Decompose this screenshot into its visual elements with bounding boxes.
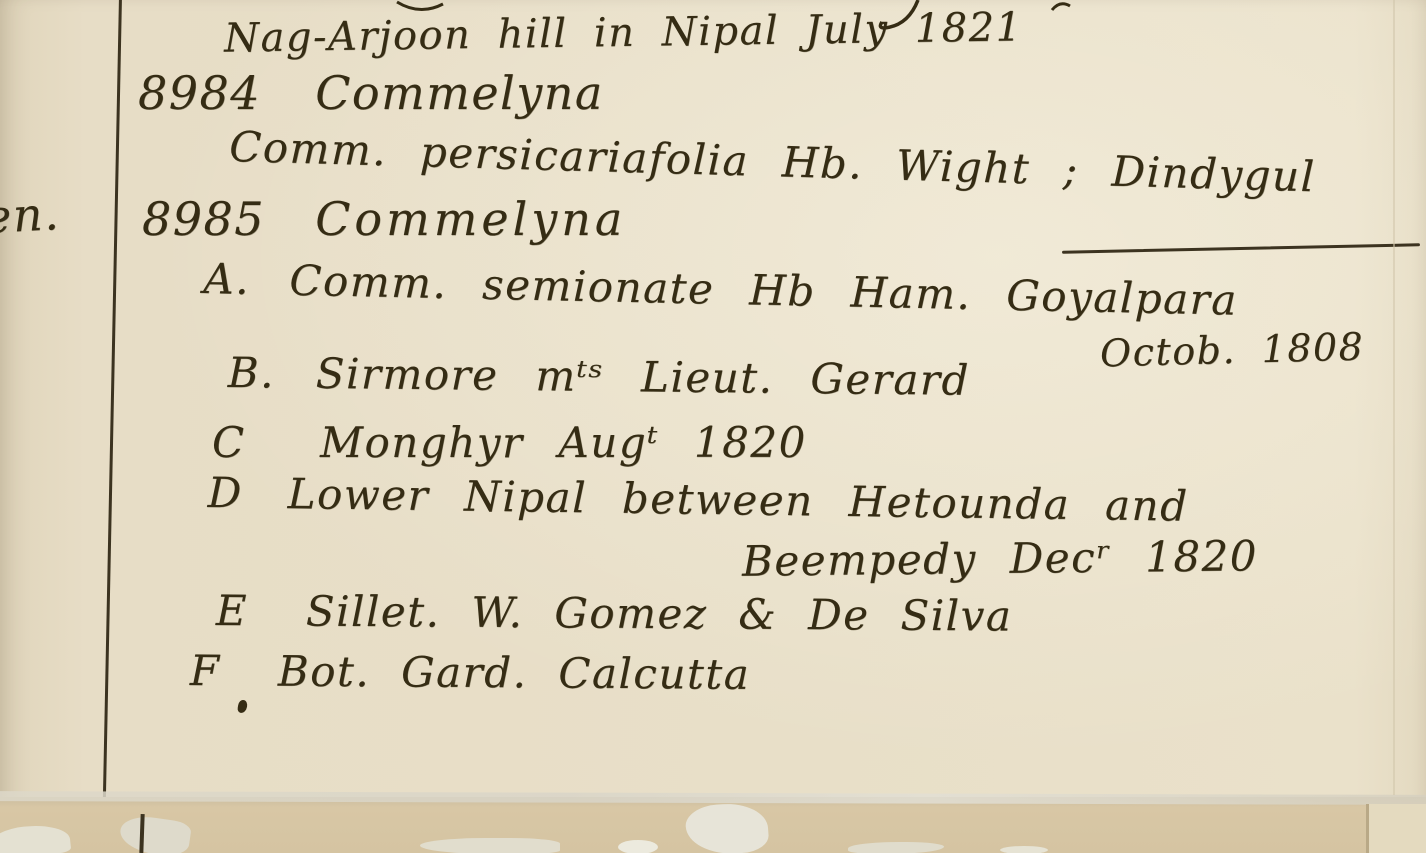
specimen-line-c: CMonghyr Augᵗ 1820 <box>212 418 807 467</box>
specimen-text: Sillet. W. Gomez & De Silva <box>306 587 1013 641</box>
specimen-text: Comm. semionate Hb Ham. Goyalpara <box>289 256 1238 325</box>
specimen-letter: F <box>190 646 278 696</box>
specimen-letter: B. <box>227 348 316 398</box>
ink-dot <box>237 699 248 713</box>
specimen-text: Monghyr Augᵗ 1820 <box>320 418 807 467</box>
specimen-text: Lower Nipal between Hetounda and <box>287 469 1189 531</box>
margin-rule-line <box>103 0 122 802</box>
specimen-text: Sirmore mᵗˢ Lieut. Gerard <box>315 349 970 405</box>
entry-number-and-genus: 8984 Commelyna <box>138 66 604 120</box>
torn-patch <box>848 842 944 853</box>
entry-genus: Commelyna <box>315 66 604 120</box>
lower-sheet-edge <box>1366 804 1426 853</box>
entry-number: 8984 <box>138 66 261 120</box>
entry-genus: Commelyna <box>315 192 626 246</box>
specimen-letter: A. <box>203 254 290 305</box>
page-crease <box>1393 0 1395 795</box>
specimen-line-d: DLower Nipal between Hetounda and <box>207 468 1189 531</box>
specimen-letter: C <box>212 418 320 467</box>
flourish-stroke <box>1062 243 1420 253</box>
entry-number: 8985 <box>142 192 265 246</box>
entry-species-line: Comm. persicariafolia Hb. Wight ; Dindyg… <box>229 122 1317 201</box>
specimen-line-b: B.Sirmore mᵗˢ Lieut. Gerard <box>227 348 970 405</box>
margin-fragment-text: en. <box>0 186 61 244</box>
specimen-text: Bot. Gard. Calcutta <box>278 647 751 699</box>
specimen-letter: E <box>216 586 306 636</box>
manuscript-page: en. Nag-Arjoon hill in Nipal July 1821 8… <box>0 0 1426 853</box>
specimen-line-f: FBot. Gard. Calcutta <box>190 646 751 699</box>
specimen-letter: D <box>207 468 288 518</box>
header-locality-line: Nag-Arjoon hill in Nipal July 1821 <box>224 4 1023 61</box>
specimen-line-d-continuation: Beempedy Decʳ 1820 <box>742 531 1258 585</box>
specimen-date: Octob. 1808 <box>1099 325 1364 376</box>
cut-stroke-fragment-icon <box>1050 0 1072 12</box>
torn-patch <box>420 838 560 853</box>
specimen-line-e: ESillet. W. Gomez & De Silva <box>216 586 1013 641</box>
specimen-line-a: A.Comm. semionate Hb Ham. Goyalpara <box>203 254 1238 325</box>
torn-patch <box>618 840 658 853</box>
entry-number-and-genus: 8985 Commelyna <box>142 192 626 246</box>
torn-patch <box>1000 846 1048 853</box>
